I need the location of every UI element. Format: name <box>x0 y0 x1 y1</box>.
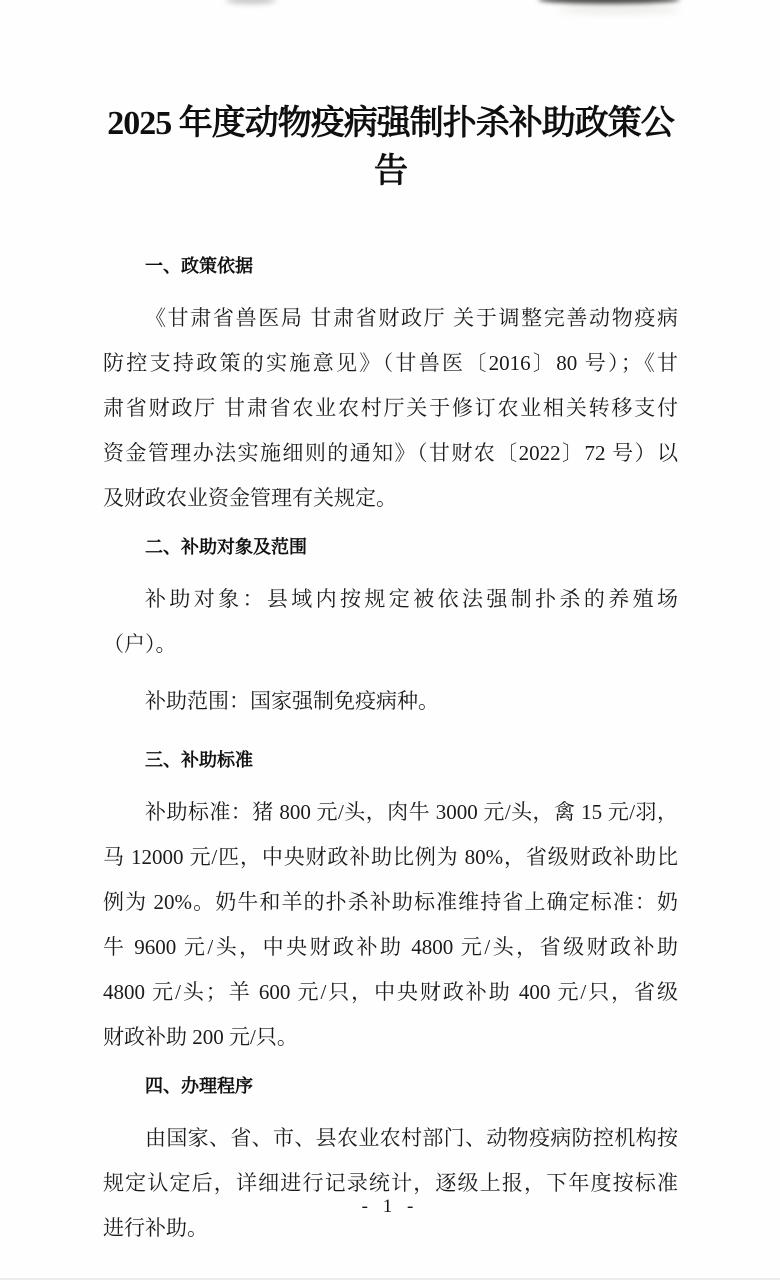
section-heading: 一、政策依据 <box>145 254 678 278</box>
document-content: 2025 年度动物疫病强制扑杀补助政策公告 一、政策依据 《甘肃省兽医局 甘肃省… <box>0 100 780 1251</box>
section-heading: 四、办理程序 <box>145 1074 678 1098</box>
scan-smudge-artifact <box>538 0 680 4</box>
section-heading: 二、补助对象及范围 <box>145 535 678 559</box>
page-number: - 1 - <box>0 1196 780 1218</box>
text-line: 防控支持政策的实施意见》（甘兽医〔2016〕80 号）；《甘 <box>103 341 678 386</box>
text-line: 《甘肃省兽医局 甘肃省财政厅 关于调整完善动物疫病 <box>103 296 678 341</box>
document-title: 2025 年度动物疫病强制扑杀补助政策公告 <box>103 100 678 196</box>
paragraph: 由国家、省、市、县农业农村部门、动物疫病防控机构按 规定认定后，详细进行记录统计… <box>103 1116 678 1251</box>
document-page: 2025 年度动物疫病强制扑杀补助政策公告 一、政策依据 《甘肃省兽医局 甘肃省… <box>0 0 780 1280</box>
section-subsidy-targets: 二、补助对象及范围 补助对象：县域内按规定被依法强制扑杀的养殖场（户）。 补助范… <box>103 535 678 724</box>
paragraph: 补助标准：猪 800 元/头，肉牛 3000 元/头，禽 15 元/羽， 马 1… <box>103 790 678 1060</box>
text-line: 补助对象：县域内按规定被依法强制扑杀的养殖场（户）。 <box>103 577 678 667</box>
text-line: 及财政农业资金管理有关规定。 <box>103 476 678 521</box>
scan-smudge-artifact <box>558 6 680 13</box>
section-subsidy-standards: 三、补助标准 补助标准：猪 800 元/头，肉牛 3000 元/头，禽 15 元… <box>103 748 678 1060</box>
text-line: 补助范围：国家强制免疫病种。 <box>103 679 678 724</box>
text-line: 牛 9600 元/头，中央财政补助 4800 元/头，省级财政补助 <box>103 925 678 970</box>
scan-smudge-artifact <box>226 0 276 4</box>
paragraph: 补助对象：县域内按规定被依法强制扑杀的养殖场（户）。 <box>103 577 678 667</box>
text-line: 资金管理办法实施细则的通知》（甘财农〔2022〕72 号）以 <box>103 431 678 476</box>
text-line: 4800 元/头；羊 600 元/只，中央财政补助 400 元/只，省级 <box>103 970 678 1015</box>
section-heading: 三、补助标准 <box>145 748 678 772</box>
section-procedure: 四、办理程序 由国家、省、市、县农业农村部门、动物疫病防控机构按 规定认定后，详… <box>103 1074 678 1251</box>
text-line: 例为 20%。奶牛和羊的扑杀补助标准维持省上确定标准：奶 <box>103 880 678 925</box>
text-line: 财政补助 200 元/只。 <box>103 1015 678 1060</box>
text-line: 马 12000 元/匹，中央财政补助比例为 80%，省级财政补助比 <box>103 835 678 880</box>
paragraph: 补助范围：国家强制免疫病种。 <box>103 679 678 724</box>
text-line: 由国家、省、市、县农业农村部门、动物疫病防控机构按 <box>103 1116 678 1161</box>
text-line: 补助标准：猪 800 元/头，肉牛 3000 元/头，禽 15 元/羽， <box>103 790 678 835</box>
paragraph: 《甘肃省兽医局 甘肃省财政厅 关于调整完善动物疫病 防控支持政策的实施意见》（甘… <box>103 296 678 521</box>
text-line: 肃省财政厅 甘肃省农业农村厅关于修订农业相关转移支付 <box>103 386 678 431</box>
section-policy-basis: 一、政策依据 《甘肃省兽医局 甘肃省财政厅 关于调整完善动物疫病 防控支持政策的… <box>103 254 678 521</box>
